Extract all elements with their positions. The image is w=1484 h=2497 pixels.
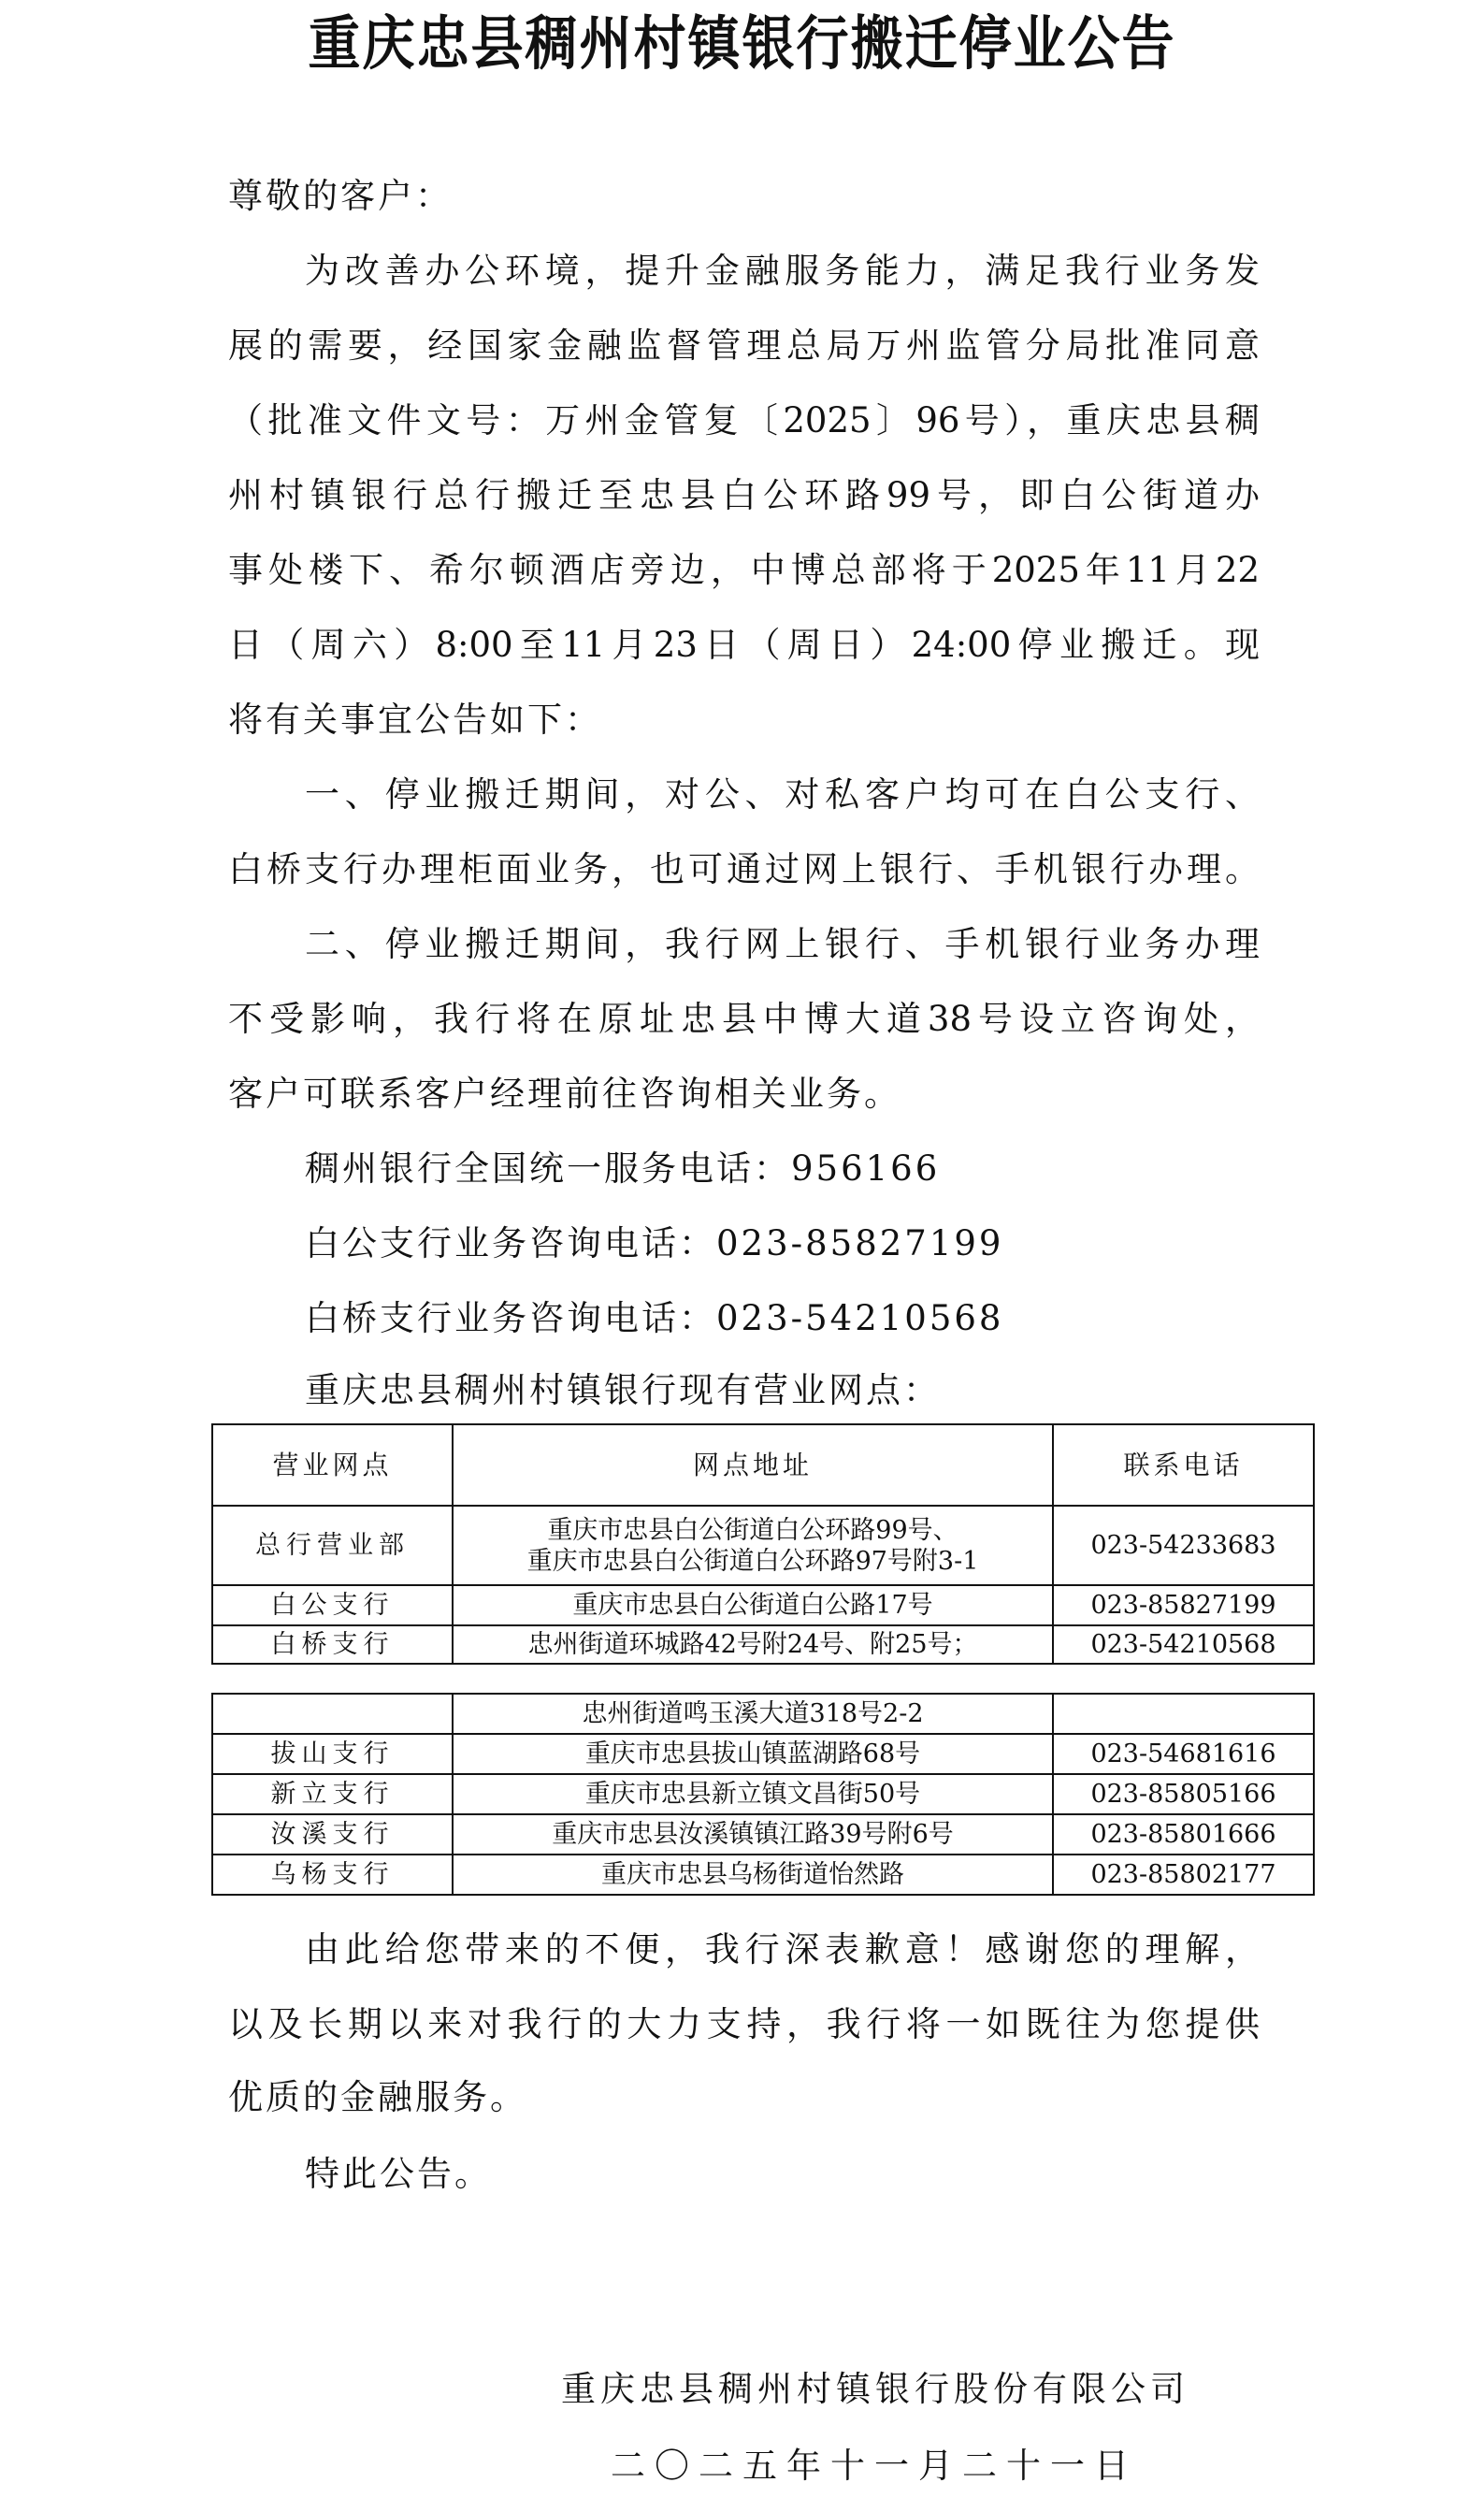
branch-phone: 023-85805166 (1053, 1774, 1314, 1814)
table-row: 总行营业部 重庆市忠县白公街道白公环路99号、 重庆市忠县白公街道白公环路97号… (212, 1506, 1314, 1585)
item2-line: 客户可联系客户经理前往咨询相关业务。 (228, 1071, 901, 1118)
table-row: 乌杨支行 重庆市忠县乌杨街道怡然路 023-85802177 (212, 1855, 1314, 1895)
intro-line: 事处楼下、希尔顿酒店旁边，中博总部将于2025年11月22 (228, 547, 1260, 594)
branch-address: 重庆市忠县汝溪镇镇江路39号附6号 (453, 1814, 1053, 1855)
branch-address: 重庆市忠县白公街道白公环路99号、 重庆市忠县白公街道白公环路97号附3-1 (453, 1506, 1053, 1585)
branch-phone: 023-85827199 (1053, 1585, 1314, 1625)
branch-name: 白桥支行 (212, 1625, 453, 1664)
ending: 特此公告。 (305, 2151, 492, 2198)
branches-intro: 重庆忠县稠州村镇银行现有营业网点： (305, 1367, 941, 1414)
branch-address: 重庆市忠县新立镇文昌街50号 (453, 1774, 1053, 1814)
header-address: 网点地址 (453, 1424, 1053, 1506)
table-row: 忠州街道鸣玉溪大道318号2-2 (212, 1694, 1314, 1734)
table-row: 汝溪支行 重庆市忠县汝溪镇镇江路39号附6号 023-85801666 (212, 1814, 1314, 1855)
item2-line: 不受影响，我行将在原址忠县中博大道38号设立咨询处， (228, 996, 1260, 1043)
address-line: 重庆市忠县白公街道白公环路99号、 (459, 1515, 1046, 1546)
signature-date: 二〇二五年十一月二十一日 (611, 2443, 1138, 2490)
branch-phone: 023-85802177 (1053, 1855, 1314, 1895)
signature-company: 重庆忠县稠州村镇银行股份有限公司 (561, 2366, 1189, 2413)
branch-name: 乌杨支行 (212, 1855, 453, 1895)
branch-address: 忠州街道环城路42号附24号、附25号； (453, 1625, 1053, 1664)
table-row: 拔山支行 重庆市忠县拔山镇蓝湖路68号 023-54681616 (212, 1734, 1314, 1774)
branch-phone (1053, 1694, 1314, 1734)
item2-line: 二、停业搬迁期间，我行网上银行、手机银行业务办理 (305, 921, 1260, 968)
table-row: 新立支行 重庆市忠县新立镇文昌街50号 023-85805166 (212, 1774, 1314, 1814)
branch-address: 重庆市忠县拔山镇蓝湖路68号 (453, 1734, 1053, 1774)
notice-title: 重庆忠县稠州村镇银行搬迁停业公告 (0, 3, 1484, 87)
branches-table-part1: 营业网点 网点地址 联系电话 总行营业部 重庆市忠县白公街道白公环路99号、 重… (211, 1423, 1315, 1665)
table-header-row: 营业网点 网点地址 联系电话 (212, 1424, 1314, 1506)
intro-line: 为改善办公环境，提升金融服务能力，满足我行业务发 (305, 248, 1260, 295)
intro-line: 展的需要，经国家金融监督管理总局万州监管分局批准同意 (228, 323, 1260, 369)
branch-address: 忠州街道鸣玉溪大道318号2-2 (453, 1694, 1053, 1734)
closing-line: 优质的金融服务。 (228, 2074, 527, 2121)
branch-phone: 023-85801666 (1053, 1814, 1314, 1855)
intro-line: 将有关事宜公告如下： (228, 697, 602, 743)
baiqiao-phone: 白桥支行业务咨询电话：023-54210568 (305, 1295, 1003, 1342)
header-branch: 营业网点 (212, 1424, 453, 1506)
table-row: 白桥支行 忠州街道环城路42号附24号、附25号； 023-54210568 (212, 1625, 1314, 1664)
branch-name: 汝溪支行 (212, 1814, 453, 1855)
branch-phone: 023-54233683 (1053, 1506, 1314, 1585)
branch-address: 重庆市忠县白公街道白公路17号 (453, 1585, 1053, 1625)
item1-line: 白桥支行办理柜面业务，也可通过网上银行、手机银行办理。 (228, 846, 1260, 893)
header-phone: 联系电话 (1053, 1424, 1314, 1506)
table-row: 白公支行 重庆市忠县白公街道白公路17号 023-85827199 (212, 1585, 1314, 1625)
branch-name: 新立支行 (212, 1774, 453, 1814)
branch-name: 白公支行 (212, 1585, 453, 1625)
item1-line: 一、停业搬迁期间，对公、对私客户均可在白公支行、 (305, 772, 1260, 818)
closing-line: 由此给您带来的不便，我行深表歉意！感谢您的理解， (305, 1927, 1260, 1973)
branch-name: 拔山支行 (212, 1734, 453, 1774)
branch-name: 总行营业部 (212, 1506, 453, 1585)
intro-line: （批准文件文号：万州金管复〔2025〕96号），重庆忠县稠 (228, 397, 1260, 444)
national-hotline: 稠州银行全国统一服务电话：956166 (305, 1146, 940, 1192)
branches-table-part2: 忠州街道鸣玉溪大道318号2-2 拔山支行 重庆市忠县拔山镇蓝湖路68号 023… (211, 1693, 1315, 1896)
branch-phone: 023-54210568 (1053, 1625, 1314, 1664)
baigong-phone: 白公支行业务咨询电话：023-85827199 (305, 1220, 1003, 1267)
intro-line: 日（周六）8:00至11月23日（周日）24:00停业搬迁。现 (228, 622, 1260, 669)
address-line: 重庆市忠县白公街道白公环路97号附3-1 (459, 1546, 1046, 1577)
intro-line: 州村镇银行总行搬迁至忠县白公环路99号，即白公街道办 (228, 472, 1260, 519)
branch-phone: 023-54681616 (1053, 1734, 1314, 1774)
branch-address: 重庆市忠县乌杨街道怡然路 (453, 1855, 1053, 1895)
salutation: 尊敬的客户： (228, 173, 453, 220)
closing-line: 以及长期以来对我行的大力支持，我行将一如既往为您提供 (228, 2001, 1260, 2048)
branch-name (212, 1694, 453, 1734)
